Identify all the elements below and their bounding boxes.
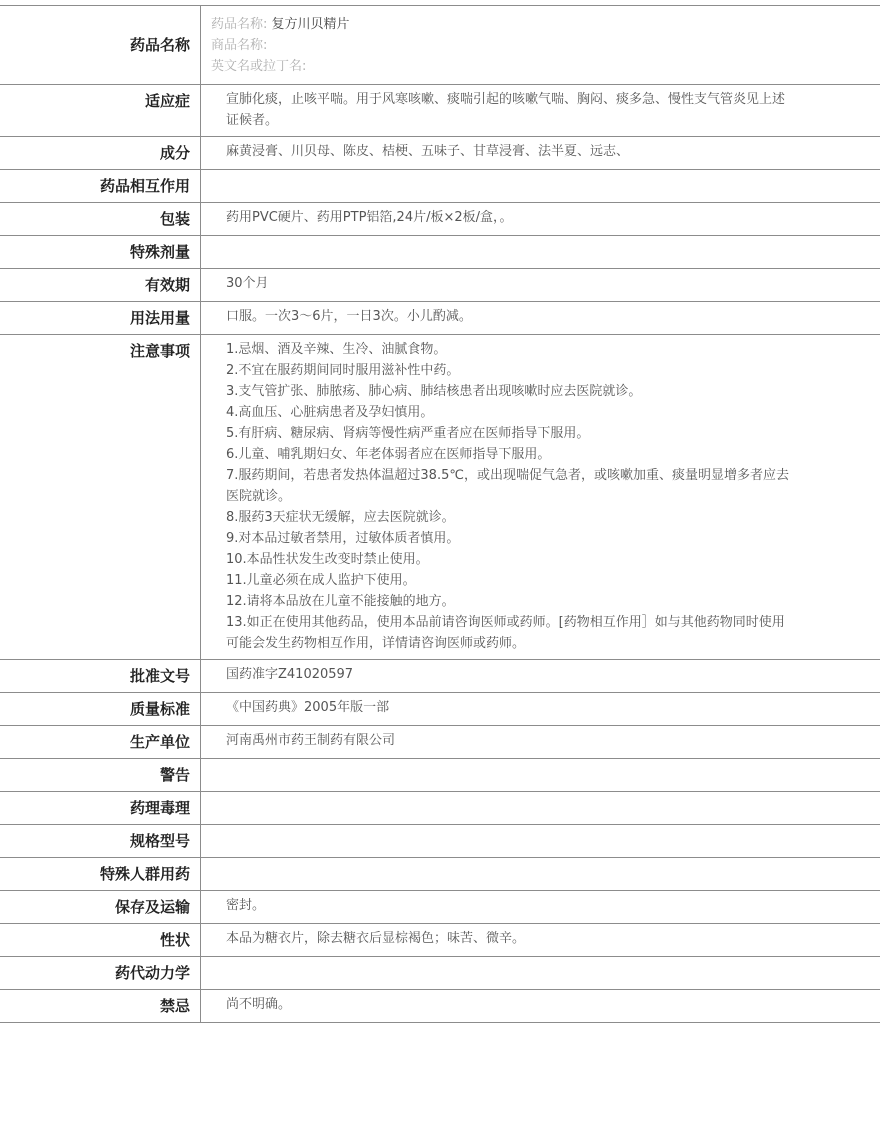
label-drug-name: 药品名称 — [0, 6, 201, 85]
precaution-item: 10.本品性状发生改变时禁止使用。 — [226, 549, 796, 570]
label-dosage: 用法用量 — [0, 302, 201, 335]
label-warning: 警告 — [0, 759, 201, 792]
precaution-item: 11.儿童必须在成人监护下使用。 — [226, 570, 796, 591]
value-description: 本品为糖衣片，除去糖衣后显棕褐色；味苦、微辛。 — [201, 924, 880, 957]
row-ingredients: 成分 麻黄浸膏、川贝母、陈皮、桔梗、五味子、甘草浸膏、法半夏、远志、 — [0, 137, 880, 170]
precaution-item: 2.不宜在服药期间同时服用滋补性中药。 — [226, 360, 796, 381]
label-indications: 适应症 — [0, 85, 201, 137]
label-shelf-life: 有效期 — [0, 269, 201, 302]
precaution-item: 4.高血压、心脏病患者及孕妇慎用。 — [226, 402, 796, 423]
row-drug-name: 药品名称 药品名称: 复方川贝精片 商品名称: 英文名或拉丁名: — [0, 6, 880, 85]
row-shelf-life: 有效期 30个月 — [0, 269, 880, 302]
row-pharmacology: 药理毒理 — [0, 792, 880, 825]
label-specification: 规格型号 — [0, 825, 201, 858]
label-description: 性状 — [0, 924, 201, 957]
label-interactions: 药品相互作用 — [0, 170, 201, 203]
generic-name-value: 复方川贝精片 — [272, 17, 350, 32]
row-approval-number: 批准文号 国药准字Z41020597 — [0, 660, 880, 693]
row-manufacturer: 生产单位 河南禹州市药王制药有限公司 — [0, 726, 880, 759]
precaution-item: 13.如正在使用其他药品，使用本品前请咨询医师或药师。[药物相互作用］如与其他药… — [226, 612, 796, 654]
row-specification: 规格型号 — [0, 825, 880, 858]
row-contraindications: 禁忌 尚不明确。 — [0, 990, 880, 1023]
label-contraindications: 禁忌 — [0, 990, 201, 1023]
row-packaging: 包装 药用PVC硬片、药用PTP铝箔,24片/板×2板/盒，。 — [0, 203, 880, 236]
row-description: 性状 本品为糖衣片，除去糖衣后显棕褐色；味苦、微辛。 — [0, 924, 880, 957]
precaution-item: 12.请将本品放在儿童不能接触的地方。 — [226, 591, 796, 612]
value-manufacturer: 河南禹州市药王制药有限公司 — [201, 726, 880, 759]
drug-spec-table: 药品名称 药品名称: 复方川贝精片 商品名称: 英文名或拉丁名: 适应症 宣肺化… — [0, 5, 880, 1023]
value-pharmacology — [201, 792, 880, 825]
value-contraindications: 尚不明确。 — [201, 990, 880, 1023]
label-storage: 保存及运输 — [0, 891, 201, 924]
value-indications: 宣肺化痰，止咳平喘。用于风寒咳嗽、痰喘引起的咳嗽气喘、胸闷、痰多急、慢性支气管炎… — [226, 89, 796, 131]
generic-name-line: 药品名称: 复方川贝精片 — [211, 14, 880, 35]
row-dosage: 用法用量 口服。一次3～6片，一日3次。小儿酌减。 — [0, 302, 880, 335]
value-precautions: 1.忌烟、酒及辛辣、生冷、油腻食物。 2.不宜在服药期间同时服用滋补性中药。 3… — [201, 335, 880, 660]
label-pharmacokinetics: 药代动力学 — [0, 957, 201, 990]
trade-name-label: 商品名称: — [211, 38, 267, 53]
english-name-line: 英文名或拉丁名: — [211, 56, 880, 77]
value-shelf-life: 30个月 — [201, 269, 880, 302]
precaution-item: 7.服药期间，若患者发热体温超过38.5℃，或出现喘促气急者，或咳嗽加重、痰量明… — [226, 465, 796, 507]
row-interactions: 药品相互作用 — [0, 170, 880, 203]
value-pharmacokinetics — [201, 957, 880, 990]
value-approval-number: 国药准字Z41020597 — [201, 660, 880, 693]
row-warning: 警告 — [0, 759, 880, 792]
value-special-populations — [201, 858, 880, 891]
value-warning — [201, 759, 880, 792]
precaution-item: 6.儿童、哺乳期妇女、年老体弱者应在医师指导下服用。 — [226, 444, 796, 465]
value-specification — [201, 825, 880, 858]
precaution-item: 1.忌烟、酒及辛辣、生冷、油腻食物。 — [226, 339, 796, 360]
generic-name-label: 药品名称: — [211, 17, 267, 32]
value-packaging: 药用PVC硬片、药用PTP铝箔,24片/板×2板/盒，。 — [201, 203, 880, 236]
row-storage: 保存及运输 密封。 — [0, 891, 880, 924]
label-manufacturer: 生产单位 — [0, 726, 201, 759]
label-precautions: 注意事项 — [0, 335, 201, 660]
label-quality-standard: 质量标准 — [0, 693, 201, 726]
label-special-populations: 特殊人群用药 — [0, 858, 201, 891]
value-dosage: 口服。一次3～6片，一日3次。小儿酌减。 — [201, 302, 880, 335]
row-quality-standard: 质量标准 《中国药典》2005年版一部 — [0, 693, 880, 726]
value-storage: 密封。 — [201, 891, 880, 924]
precaution-item: 9.对本品过敏者禁用，过敏体质者慎用。 — [226, 528, 796, 549]
label-pharmacology: 药理毒理 — [0, 792, 201, 825]
label-packaging: 包装 — [0, 203, 201, 236]
label-special-dosage: 特殊剂量 — [0, 236, 201, 269]
row-special-dosage: 特殊剂量 — [0, 236, 880, 269]
row-precautions: 注意事项 1.忌烟、酒及辛辣、生冷、油腻食物。 2.不宜在服药期间同时服用滋补性… — [0, 335, 880, 660]
row-pharmacokinetics: 药代动力学 — [0, 957, 880, 990]
precaution-item: 5.有肝病、糖尿病、肾病等慢性病严重者应在医师指导下服用。 — [226, 423, 796, 444]
precaution-item: 3.支气管扩张、肺脓疡、肺心病、肺结核患者出现咳嗽时应去医院就诊。 — [226, 381, 796, 402]
trade-name-line: 商品名称: — [211, 35, 880, 56]
value-interactions — [201, 170, 880, 203]
row-special-populations: 特殊人群用药 — [0, 858, 880, 891]
value-drug-name: 药品名称: 复方川贝精片 商品名称: 英文名或拉丁名: — [201, 6, 880, 85]
label-approval-number: 批准文号 — [0, 660, 201, 693]
value-quality-standard: 《中国药典》2005年版一部 — [201, 693, 880, 726]
row-indications: 适应症 宣肺化痰，止咳平喘。用于风寒咳嗽、痰喘引起的咳嗽气喘、胸闷、痰多急、慢性… — [0, 85, 880, 137]
label-ingredients: 成分 — [0, 137, 201, 170]
precaution-item: 8.服药3天症状无缓解，应去医院就诊。 — [226, 507, 796, 528]
english-name-label: 英文名或拉丁名: — [211, 59, 306, 74]
value-ingredients: 麻黄浸膏、川贝母、陈皮、桔梗、五味子、甘草浸膏、法半夏、远志、 — [201, 137, 880, 170]
value-special-dosage — [201, 236, 880, 269]
